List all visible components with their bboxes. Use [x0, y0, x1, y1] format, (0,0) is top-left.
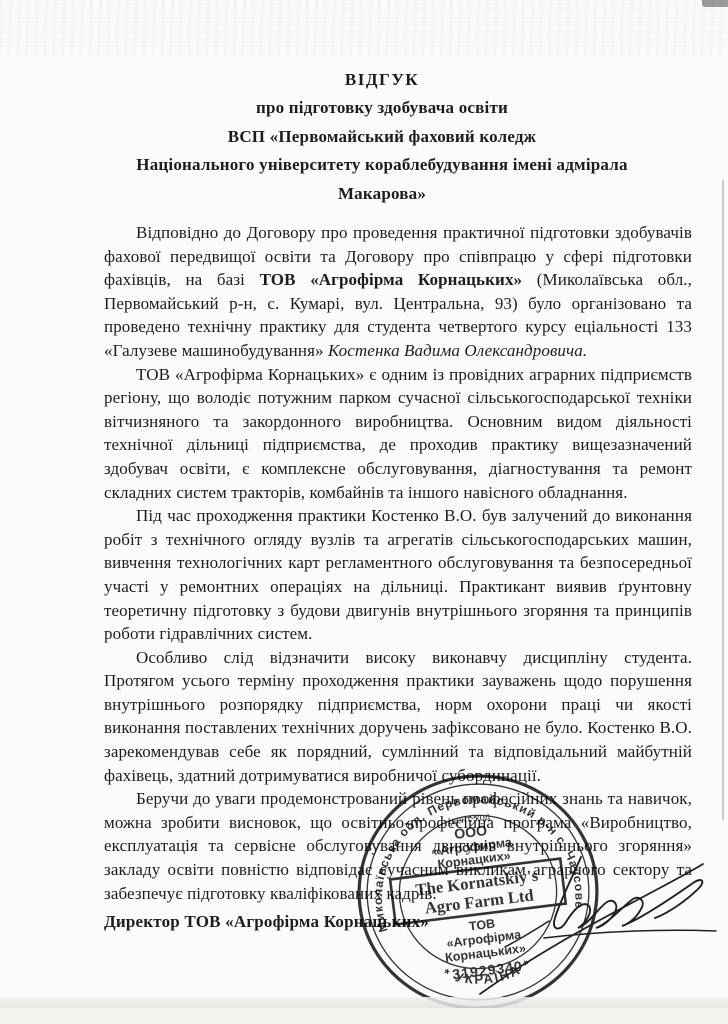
scan-edge-line-right [722, 180, 724, 820]
document-title: ВІДГУК [72, 66, 692, 94]
text-run: Особливо слід відзначити високу виконавч… [104, 648, 692, 785]
header-line-4: Макарова» [72, 180, 692, 209]
paragraph-4: Особливо слід відзначити високу виконавч… [104, 646, 692, 788]
header-line-3: Національного університету кораблебудува… [72, 151, 692, 180]
text-run: ТОВ «Агрофірма Корнацьких» є одним із пр… [104, 365, 692, 502]
company-stamp: Миколаївська обл. Первомайський р-н с. Ч… [338, 756, 618, 1024]
scan-mark-top-right [702, 0, 728, 7]
text-run: Під час проходження практики Костенко В.… [104, 506, 692, 643]
paragraph-1: Відповідно до Договору про проведення пр… [104, 221, 692, 363]
header-line-2: ВСП «Первомайський фаховий коледж [72, 123, 692, 152]
company-stamp-graphic: Миколаївська обл. Первомайський р-н с. Ч… [338, 756, 618, 1024]
paragraph-3: Під час проходження практики Костенко В.… [104, 504, 692, 646]
text-run: ТОВ «Агрофірма Корнацьких» [260, 270, 523, 289]
header-line-1: про підготовку здобувача освіти [72, 94, 692, 123]
text-run: Костенка Вадима Олександровича. [328, 341, 587, 360]
scan-fade-bottom [0, 1008, 728, 1024]
paragraph-2: ТОВ «Агрофірма Корнацьких» є одним із пр… [104, 363, 692, 505]
scan-noise-top [0, 0, 728, 54]
document-page: ВІДГУК про підготовку здобувача освіти В… [0, 0, 728, 1024]
document-header: ВІДГУК про підготовку здобувача освіти В… [72, 66, 692, 208]
